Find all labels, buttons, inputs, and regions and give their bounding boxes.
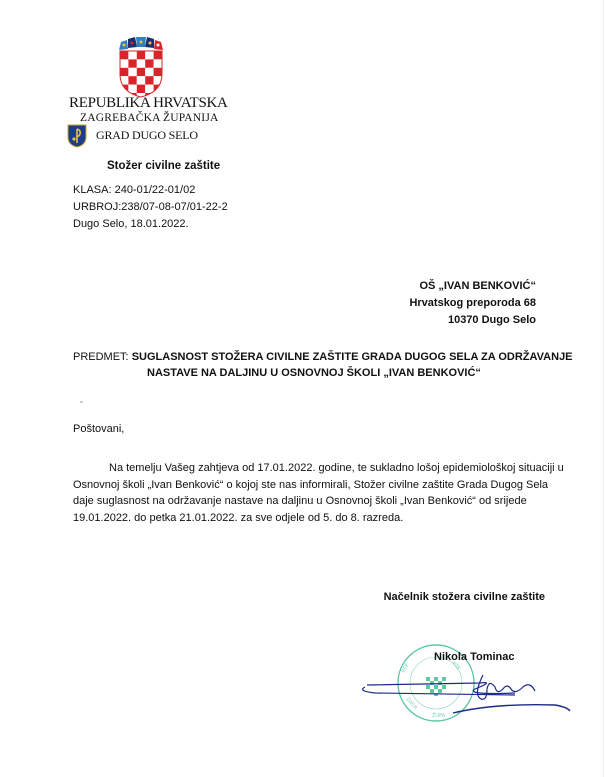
recipient-street: Hrvatskog preporoda 68 [409,295,536,312]
signatory-title: Načelnik stožera civilne zaštite [384,591,545,603]
subject: PREDMET: SUGLASNOST STOŽERA CIVILNE ZAŠT… [73,349,573,365]
subject-line-1: SUGLASNOST STOŽERA CIVILNE ZAŠTITE GRADA… [132,351,573,363]
body-line: daje suglasnost na održavanje nastave na… [73,493,553,510]
body-line: Na temelju Vašeg zahtjeva od 17.01.2022.… [73,460,553,477]
urbroj-number: URBROJ:238/07-08-07/01-22-2 [73,201,228,213]
body-line: Osnovnoj školi „Ivan Benković“ o kojoj s… [73,477,553,494]
country-name: REPUBLIKA HRVATSKA [69,95,228,112]
recipient-name: OŠ „IVAN BENKOVIĆ“ [409,278,536,295]
letter-body: Na temelju Vašeg zahtjeva od 17.01.2022.… [73,460,553,526]
greeting: Poštovani, [73,423,124,435]
recipient-city: 10370 Dugo Selo [409,312,536,329]
signatory-name: Nikola Tominac [434,651,514,663]
page-edge [603,0,604,777]
subject-label: PREDMET: [73,351,132,363]
department-name: Stožer civilne zaštite [107,160,220,172]
recipient-address: OŠ „IVAN BENKOVIĆ“ Hrvatskog preporoda 6… [409,278,536,329]
city-name: GRAD DUGO SELO [96,128,198,143]
klasa-number: KLASA: 240-01/22-01/02 [73,184,195,196]
scan-artifact [80,401,83,403]
document-page: REPUBLIKA HRVATSKA ZAGREBAČKA ŽUPANIJA G… [0,0,605,777]
dugo-selo-crest-icon [67,124,87,148]
body-line: 19.01.2022. do petka 21.01.2022. za sve … [73,510,553,527]
croatia-coat-of-arms-icon [116,36,166,98]
handwritten-signature-icon [355,665,575,715]
subject-line-2: NASTAVE NA DALJINU U OSNOVNOJ ŠKOLI „IVA… [147,365,481,381]
place-date: Dugo Selo, 18.01.2022. [73,218,189,230]
county-name: ZAGREBAČKA ŽUPANIJA [80,112,219,124]
